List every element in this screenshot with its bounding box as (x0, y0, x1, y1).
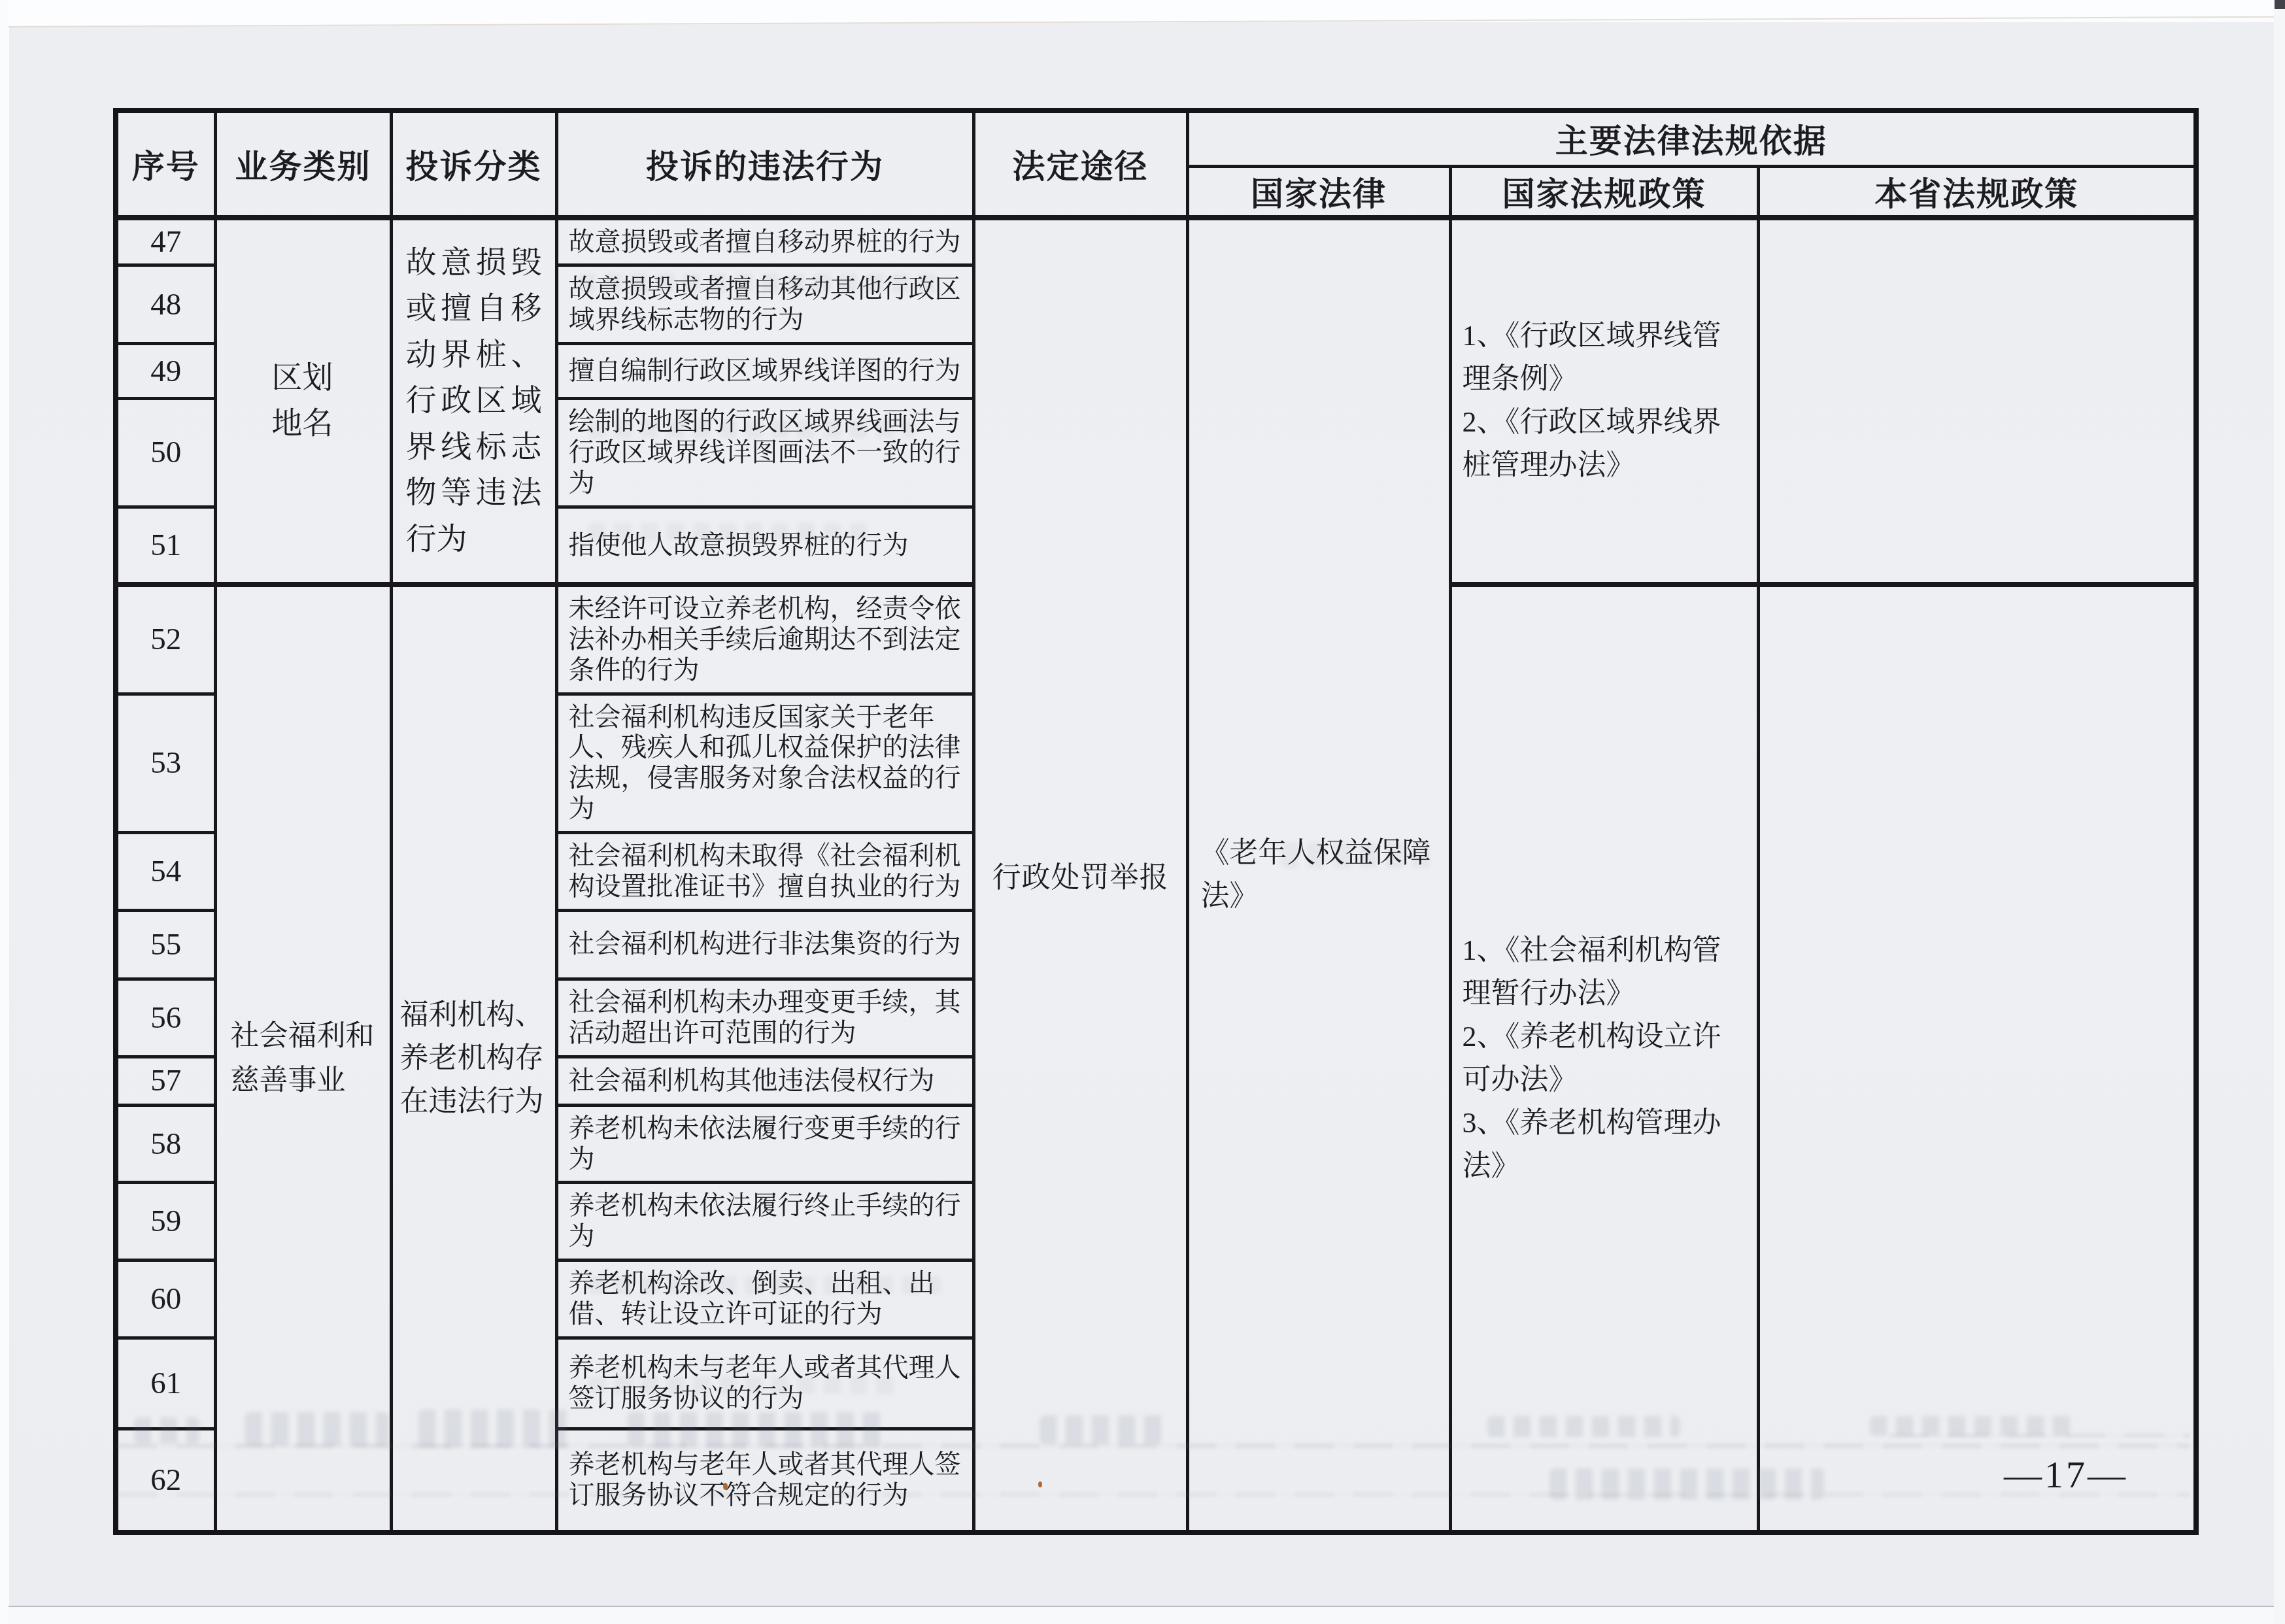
seq-cell: 51 (116, 507, 215, 584)
behavior-cell: 社会福利机构未取得《社会福利机构设置批准证书》擅自执业的行为 (556, 832, 973, 910)
behavior-cell: 社会福利机构进行非法集资的行为 (556, 910, 973, 979)
behavior-cell: 指使他人故意损毁界桩的行为 (556, 507, 973, 584)
behavior-cell: 社会福利机构违反国家关于老年人、残疾人和孤儿权益保护的法律法规，侵害服务对象合法… (556, 694, 973, 832)
bleedthrough-smudge (1487, 1416, 1680, 1437)
seq-cell: 52 (116, 584, 215, 694)
business-category-text: 区划地名 (272, 355, 335, 447)
header-national-law: 国家法律 (1187, 166, 1450, 218)
seq-cell: 54 (116, 832, 215, 910)
bleedthrough-smudge (579, 273, 945, 293)
bleedthrough-smudge (1281, 842, 1438, 868)
seq-cell: 49 (116, 344, 215, 399)
scan-right-edge (2274, 0, 2285, 1624)
seq-cell: 59 (116, 1183, 215, 1260)
scan-left-edge (0, 0, 8, 1624)
national-law-cell: 《老年人权益保障法》 (1187, 218, 1450, 1533)
complaint-category-text: 福利机构、养老机构存在违法行为 (400, 994, 548, 1123)
complaint-category-cell: 福利机构、养老机构存在违法行为 (391, 584, 556, 1532)
bleedthrough-smudge (588, 523, 870, 540)
header-national-policy: 国家法规政策 (1450, 166, 1758, 218)
policy-item: 1、《行政区域界线管理条例》 (1463, 314, 1746, 401)
policy-item: 3、《养老机构管理办法》 (1463, 1102, 1746, 1188)
seq-cell: 53 (116, 694, 215, 832)
complaint-category-text: 故意损毁或擅自移动界桩、行政区域界线标志物等违法行为 (406, 240, 542, 563)
behavior-cell: 养老机构未依法履行变更手续的行为 (556, 1105, 973, 1183)
behavior-cell: 社会福利机构其他违法侵权行为 (556, 1057, 973, 1105)
bleedthrough-smudge (588, 1276, 941, 1294)
header-seq: 序号 (116, 110, 215, 218)
behavior-cell: 绘制的地图的行政区域界线画法与行政区域界线详图画法不一致的行为 (556, 399, 973, 507)
bleedthrough-smudge (1040, 1415, 1170, 1444)
behavior-cell: 养老机构未依法履行终止手续的行为 (556, 1183, 973, 1260)
seq-cell: 57 (116, 1057, 215, 1105)
seq-cell: 60 (116, 1260, 215, 1338)
header-complaint-category: 投诉分类 (391, 110, 556, 218)
policy-item: 2、《养老机构设立许可办法》 (1463, 1015, 1746, 1102)
behavior-cell: 未经许可设立养老机构，经责令依法补办相关手续后逾期达不到法定条件的行为 (556, 584, 973, 694)
table-row: 47 区划地名 故意损毁或擅自移动界桩、行政区域界线标志物等违法行为 故意损毁或… (116, 218, 2196, 265)
national-policy-list: 1、《社会福利机构管理暂行办法》 2、《养老机构设立许可办法》 3、《养老机构管… (1452, 929, 1757, 1188)
bleedthrough-smudge (588, 1377, 902, 1394)
scanned-document-page: { "page": { "number_label": "—17—" }, "t… (0, 0, 2285, 1624)
behavior-cell: 擅自编制行政区域界线详图的行为 (556, 344, 973, 399)
bleedthrough-streak (1889, 1433, 2190, 1438)
national-policy-cell: 1、《社会福利机构管理暂行办法》 2、《养老机构设立许可办法》 3、《养老机构管… (1450, 584, 1758, 1532)
bleedthrough-smudge (588, 420, 915, 438)
header-business-category: 业务类别 (215, 110, 391, 218)
complaint-category-cell: 故意损毁或擅自移动界桩、行政区域界线标志物等违法行为 (391, 218, 556, 585)
page-number: —17— (1974, 1453, 2158, 1497)
policy-item: 2、《行政区域界线界桩管理办法》 (1463, 401, 1746, 487)
bleedthrough-streak (118, 1443, 2190, 1449)
seq-cell: 50 (116, 399, 215, 507)
behavior-cell: 故意损毁或者擅自移动界桩的行为 (556, 218, 973, 265)
scan-bottom-edge (0, 1606, 2285, 1624)
behavior-cell: 养老机构涂改、倒卖、出租、出借、转让设立许可证的行为 (556, 1260, 973, 1338)
scan-speck (1038, 1481, 1042, 1487)
bleedthrough-smudge (418, 1410, 569, 1447)
business-category-cell: 区划地名 (215, 218, 391, 585)
header-legal-channel: 法定途径 (973, 110, 1187, 218)
business-category-text: 社会福利和慈善事业 (231, 1014, 376, 1103)
behavior-cell: 社会福利机构未办理变更手续，其活动超出许可范围的行为 (556, 979, 973, 1057)
bleedthrough-streak (118, 1492, 2190, 1497)
header-illegal-behavior: 投诉的违法行为 (556, 110, 973, 218)
header-provincial-policy: 本省法规政策 (1758, 166, 2196, 218)
bleedthrough-smudge (134, 1417, 199, 1444)
national-policy-list: 1、《行政区域界线管理条例》 2、《行政区域界线界桩管理办法》 (1452, 314, 1757, 487)
business-category-cell: 社会福利和慈善事业 (215, 584, 391, 1532)
scan-speck (723, 1483, 728, 1490)
provincial-policy-cell (1758, 218, 2196, 585)
seq-cell: 47 (116, 218, 215, 265)
seq-cell: 61 (116, 1338, 215, 1429)
seq-cell: 56 (116, 979, 215, 1057)
bleedthrough-smudge (628, 1412, 889, 1447)
provincial-policy-cell (1758, 584, 2196, 1532)
bleedthrough-smudge (245, 1412, 389, 1446)
header-row-1: 序号 业务类别 投诉分类 投诉的违法行为 法定途径 主要法律法规依据 (116, 110, 2196, 166)
header-legal-basis-group: 主要法律法规依据 (1187, 110, 2196, 166)
scan-corner-speck (2275, 0, 2285, 9)
policy-item: 1、《社会福利机构管理暂行办法》 (1463, 929, 1746, 1015)
complaint-legal-basis-table: 序号 业务类别 投诉分类 投诉的违法行为 法定途径 主要法律法规依据 国家法律 … (113, 108, 2199, 1535)
national-policy-cell: 1、《行政区域界线管理条例》 2、《行政区域界线界桩管理办法》 (1450, 218, 1758, 585)
seq-cell: 55 (116, 910, 215, 979)
legal-channel-cell: 行政处罚举报 (973, 218, 1187, 1533)
seq-cell: 58 (116, 1105, 215, 1183)
seq-cell: 48 (116, 265, 215, 344)
